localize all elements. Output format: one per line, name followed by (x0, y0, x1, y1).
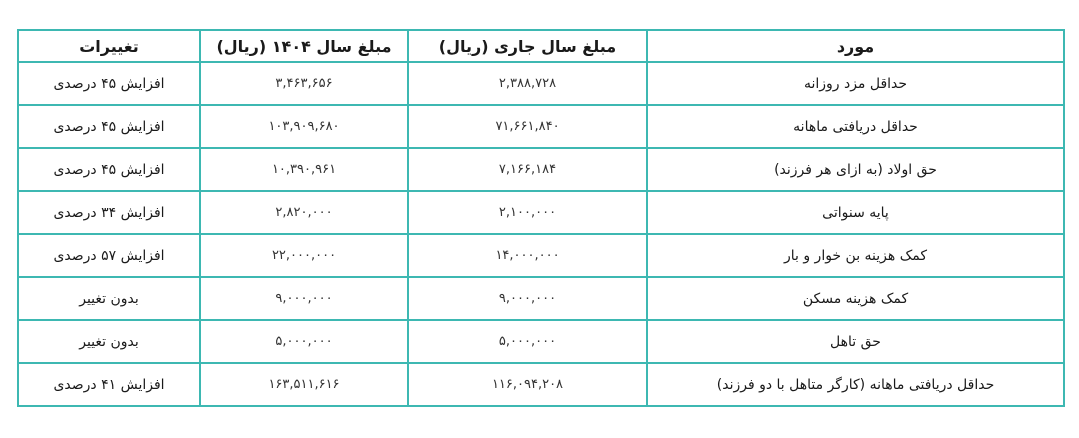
cell-current-amount: ۵,۰۰۰,۰۰۰ (408, 320, 647, 363)
cell-current-amount: ۱۱۶,۰۹۴,۲۰۸ (408, 363, 647, 406)
cell-current-amount: ۹,۰۰۰,۰۰۰ (408, 277, 647, 320)
table-row: حق تاهل ۵,۰۰۰,۰۰۰ ۵,۰۰۰,۰۰۰ بدون تغییر (18, 320, 1064, 363)
table-row: حداقل دریافتی ماهانه (کارگر متاهل با دو … (18, 363, 1064, 406)
cell-change: بدون تغییر (18, 320, 200, 363)
table-row: پایه سنواتی ۲,۱۰۰,۰۰۰ ۲,۸۲۰,۰۰۰ افزایش ۳… (18, 191, 1064, 234)
cell-item: حداقل دریافتی ماهانه (647, 105, 1064, 148)
cell-amount-1404: ۵,۰۰۰,۰۰۰ (200, 320, 408, 363)
cell-amount-1404: ۱۰۳,۹۰۹,۶۸۰ (200, 105, 408, 148)
cell-amount-1404: ۹,۰۰۰,۰۰۰ (200, 277, 408, 320)
cell-change: افزایش ۴۱ درصدی (18, 363, 200, 406)
cell-amount-1404: ۳,۴۶۳,۶۵۶ (200, 62, 408, 105)
cell-current-amount: ۱۴,۰۰۰,۰۰۰ (408, 234, 647, 277)
cell-change: افزایش ۴۵ درصدی (18, 62, 200, 105)
cell-current-amount: ۲,۳۸۸,۷۲۸ (408, 62, 647, 105)
cell-item: حداقل مزد روزانه (647, 62, 1064, 105)
cell-item: کمک هزینه بن خوار و بار (647, 234, 1064, 277)
cell-current-amount: ۷,۱۶۶,۱۸۴ (408, 148, 647, 191)
cell-current-amount: ۲,۱۰۰,۰۰۰ (408, 191, 647, 234)
cell-item: کمک هزینه مسکن (647, 277, 1064, 320)
cell-amount-1404: ۱۰,۳۹۰,۹۶۱ (200, 148, 408, 191)
table-row: حداقل دریافتی ماهانه ۷۱,۶۶۱,۸۴۰ ۱۰۳,۹۰۹,… (18, 105, 1064, 148)
cell-item: حداقل دریافتی ماهانه (کارگر متاهل با دو … (647, 363, 1064, 406)
cell-amount-1404: ۲۲,۰۰۰,۰۰۰ (200, 234, 408, 277)
column-header-item: مورد (647, 30, 1064, 62)
cell-amount-1404: ۲,۸۲۰,۰۰۰ (200, 191, 408, 234)
cell-change: افزایش ۴۵ درصدی (18, 105, 200, 148)
table-header-row: مورد مبلغ سال جاری (ریال) مبلغ سال ۱۴۰۴ … (18, 30, 1064, 62)
cell-amount-1404: ۱۶۳,۵۱۱,۶۱۶ (200, 363, 408, 406)
column-header-current-amount: مبلغ سال جاری (ریال) (408, 30, 647, 62)
cell-item: حق تاهل (647, 320, 1064, 363)
table-row: حداقل مزد روزانه ۲,۳۸۸,۷۲۸ ۳,۴۶۳,۶۵۶ افز… (18, 62, 1064, 105)
table-row: کمک هزینه بن خوار و بار ۱۴,۰۰۰,۰۰۰ ۲۲,۰۰… (18, 234, 1064, 277)
table-row: حق اولاد (به ازای هر فرزند) ۷,۱۶۶,۱۸۴ ۱۰… (18, 148, 1064, 191)
cell-change: بدون تغییر (18, 277, 200, 320)
cell-change: افزایش ۴۵ درصدی (18, 148, 200, 191)
column-header-change: تغییرات (18, 30, 200, 62)
wage-comparison-table-container: مورد مبلغ سال جاری (ریال) مبلغ سال ۱۴۰۴ … (17, 29, 1063, 407)
wage-comparison-table: مورد مبلغ سال جاری (ریال) مبلغ سال ۱۴۰۴ … (17, 29, 1065, 407)
cell-item: پایه سنواتی (647, 191, 1064, 234)
cell-change: افزایش ۵۷ درصدی (18, 234, 200, 277)
cell-item: حق اولاد (به ازای هر فرزند) (647, 148, 1064, 191)
cell-change: افزایش ۳۴ درصدی (18, 191, 200, 234)
table-row: کمک هزینه مسکن ۹,۰۰۰,۰۰۰ ۹,۰۰۰,۰۰۰ بدون … (18, 277, 1064, 320)
column-header-amount-1404: مبلغ سال ۱۴۰۴ (ریال) (200, 30, 408, 62)
cell-current-amount: ۷۱,۶۶۱,۸۴۰ (408, 105, 647, 148)
